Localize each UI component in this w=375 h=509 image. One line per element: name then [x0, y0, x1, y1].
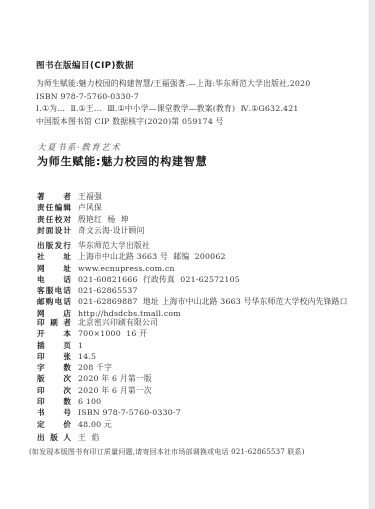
credit-label: 责任编辑 — [37, 202, 71, 213]
publisher-person-value: 王 焰 — [78, 433, 99, 442]
book-title: 为师生赋能:魅力校园的构建智慧 — [37, 153, 207, 169]
printing-value: 700×1000 16 开 — [78, 329, 147, 338]
printing-label: 插页 — [37, 340, 71, 351]
credits-block: 著者王福强 责任编辑卢风保 责任校对殷艳红 杨 坤 封面设计奇文云海·设计顾问 — [37, 191, 353, 236]
printing-value: 14.5 — [78, 352, 96, 361]
printing-value: 2020 年 6 月第一次 — [78, 386, 152, 395]
credit-row-editor: 责任编辑卢风保 — [37, 202, 353, 213]
credit-value: 卢风保 — [78, 203, 102, 212]
publisher-block: 出版发行华东师范大学出版社 社址上海市中山北路 3663 号 邮编 200062… — [37, 240, 353, 319]
printing-row: 开本700×1000 16 开 — [37, 328, 353, 339]
printing-label: 印次 — [37, 385, 71, 396]
printing-isbn: ISBN 978-7-5760-0330-7 — [78, 408, 181, 417]
printing-label: 书号 — [37, 407, 71, 418]
printing-label: 定价 — [37, 419, 71, 430]
printing-row: 印次2020 年 6 月第一次 — [37, 385, 353, 396]
colophon-page: { "page": { "background": "#ffffff", "ed… — [0, 0, 375, 509]
printing-label: 字数 — [37, 362, 71, 373]
right-edge-strip — [368, 0, 375, 509]
credit-row-proofreader: 责任校对殷艳红 杨 坤 — [37, 214, 353, 225]
credit-value: 奇文云海·设计顾问 — [78, 226, 145, 235]
printing-label: 印张 — [37, 351, 71, 362]
quality-notice: (如发现本版图书有印订质量问题,请寄回本社市场部调换或电话 021-628655… — [29, 447, 355, 457]
credit-label: 著者 — [37, 191, 71, 202]
publisher-label: 客服电话 — [37, 285, 71, 296]
publisher-label: 网址 — [37, 263, 71, 274]
publisher-label: 电话 — [37, 274, 71, 285]
publisher-value: 华东师范大学出版社 — [78, 241, 150, 250]
credit-label: 封面设计 — [37, 225, 71, 236]
credit-value: 王福强 — [78, 192, 102, 201]
cip-header: 图书在版编目(CIP)数据 — [36, 59, 351, 71]
printing-row: 字数208 千字 — [37, 362, 353, 373]
printing-label: 开本 — [37, 328, 71, 339]
publisher-value: 021-62865537 — [78, 286, 138, 295]
credit-label: 责任校对 — [37, 214, 71, 225]
publisher-row: 社址上海市中山北路 3663 号 邮编 200062 — [37, 251, 353, 262]
printing-row: 印刷者北京密兴印刷有限公司 — [37, 317, 353, 328]
publisher-website: www.ecnupress.com.cn — [78, 264, 175, 273]
printing-row: 版次2020 年 6 月第一版 — [37, 373, 353, 384]
printing-row: 插页1 — [37, 340, 353, 351]
publisher-person-block: 出版人王 焰 — [37, 432, 353, 443]
cip-block: 图书在版编目(CIP)数据 为师生赋能:魅力校园的构建智慧/王福强著.—上海:华… — [36, 59, 351, 128]
printing-value: 北京密兴印刷有限公司 — [78, 318, 158, 327]
publisher-value: 021-60821666 行政传真 021-62572105 — [78, 275, 240, 284]
printing-row: 印数6 100 — [37, 396, 353, 407]
publisher-row: 客服电话021-62865537 — [37, 285, 353, 296]
publisher-person-label: 出版人 — [37, 432, 71, 443]
printing-value: 1 — [78, 341, 83, 350]
publisher-value: 上海市中山北路 3663 号 邮编 200062 — [78, 252, 226, 261]
printing-label: 版次 — [37, 373, 71, 384]
cip-line-isbn: ISBN 978-7-5760-0330-7 — [36, 91, 351, 104]
credit-row-cover-design: 封面设计奇文云海·设计顾问 — [37, 225, 353, 236]
printing-label: 印数 — [37, 396, 71, 407]
publisher-value: 021-62869887 地址 上海市中山北路 3663 号华东师范大学校内先锋… — [78, 297, 348, 306]
publisher-row: 邮购电话021-62869887 地址 上海市中山北路 3663 号华东师范大学… — [37, 296, 353, 307]
cip-line-registry: 中国版本图书馆 CIP 数据核字(2020)第 059174 号 — [36, 116, 351, 129]
printing-block: 印刷者北京密兴印刷有限公司 开本700×1000 16 开 插页1 印张14.5… — [37, 317, 353, 430]
publisher-person-row: 出版人王 焰 — [37, 432, 353, 443]
credit-value: 殷艳红 杨 坤 — [78, 215, 129, 224]
publisher-label: 邮购电话 — [37, 296, 71, 307]
printing-label: 印刷者 — [37, 317, 71, 328]
publisher-row: 电话021-60821666 行政传真 021-62572105 — [37, 274, 353, 285]
cip-line-title: 为师生赋能:魅力校园的构建智慧/王福强著.—上海:华东师范大学出版社,2020 — [36, 78, 351, 91]
printing-row: 定价48.00 元 — [37, 419, 353, 430]
printing-value: 6 100 — [78, 397, 101, 406]
series-name: 大夏书系·教育艺术 — [37, 141, 121, 153]
cip-line-classification: Ⅰ.①为… Ⅱ.①王… Ⅲ.①中小学—课堂教学—教案(教育) Ⅳ.①G632.4… — [36, 103, 351, 116]
printing-row: 印张14.5 — [37, 351, 353, 362]
publisher-row: 网址www.ecnupress.com.cn — [37, 263, 353, 274]
printing-row: 书号ISBN 978-7-5760-0330-7 — [37, 407, 353, 418]
printing-value: 2020 年 6 月第一版 — [78, 374, 152, 383]
publisher-label: 社址 — [37, 251, 71, 262]
credit-row-author: 著者王福强 — [37, 191, 353, 202]
printing-value: 208 千字 — [78, 363, 112, 372]
printing-price: 48.00 元 — [78, 420, 112, 429]
publisher-label: 出版发行 — [37, 240, 71, 251]
publisher-row: 出版发行华东师范大学出版社 — [37, 240, 353, 251]
